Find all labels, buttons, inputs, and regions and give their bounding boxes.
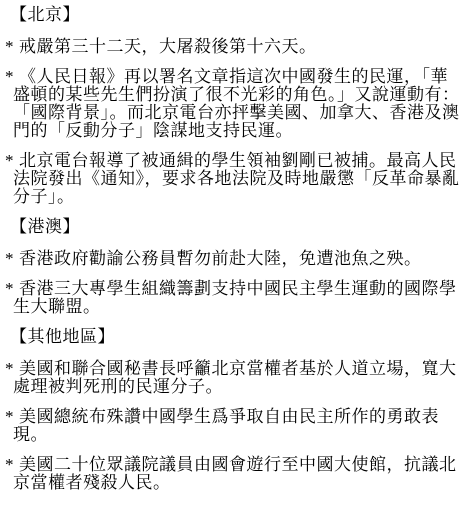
news-item-text: 美國和聯合國秘書長呼籲北京當權者基於人道立場，寬大處理被判死刑的民運分子。 bbox=[13, 359, 457, 396]
news-item-text: 香港三大專學生組織籌劃支持中國民主學生運動的國際學生大聯盟。 bbox=[13, 279, 457, 316]
bullet-asterisk: * bbox=[5, 280, 14, 298]
news-item-text: 美國總統布殊讚中國學生爲爭取自由民主所作的勇敢表現。 bbox=[13, 407, 439, 444]
section-beijing: 【北京】 * 戒嚴第三十二天，大屠殺後第十六天。 * 《人民日報》再以署名文章指… bbox=[0, 6, 463, 206]
news-item: * 美國和聯合國秘書長呼籲北京當權者基於人道立場，寬大處理被判死刑的民運分子。 bbox=[0, 360, 463, 396]
news-item: * 香港三大專學生組織籌劃支持中國民主學生運動的國際學生大聯盟。 bbox=[0, 280, 463, 316]
bullet-asterisk: * bbox=[5, 38, 14, 56]
news-item: * 戒嚴第三十二天，大屠殺後第十六天。 bbox=[0, 38, 463, 56]
news-item-text: 香港政府勸諭公務員暫勿前赴大陸，免遭池魚之殃。 bbox=[19, 249, 422, 268]
bullet-asterisk: * bbox=[5, 456, 14, 474]
section-hongkong-macau: 【港澳】 * 香港政府勸諭公務員暫勿前赴大陸，免遭池魚之殃。 * 香港三大專學生… bbox=[0, 218, 463, 316]
news-item: * 北京電台報導了被通緝的學生領袖劉剛已被捕。最高人民法院發出《通知》，要求各地… bbox=[0, 152, 463, 206]
bullet-asterisk: * bbox=[5, 360, 14, 378]
news-item: * 香港政府勸諭公務員暫勿前赴大陸，免遭池魚之殃。 bbox=[0, 250, 463, 268]
news-item-text: 美國二十位眾議院議員由國會遊行至中國大使館，抗議北京當權者殘殺人民。 bbox=[13, 455, 457, 492]
bullet-asterisk: * bbox=[5, 152, 14, 170]
news-item: * 美國二十位眾議院議員由國會遊行至中國大使館，抗議北京當權者殘殺人民。 bbox=[0, 456, 463, 492]
section-header-beijing: 【北京】 bbox=[10, 6, 463, 24]
news-item: * 美國總統布殊讚中國學生爲爭取自由民主所作的勇敢表現。 bbox=[0, 408, 463, 444]
section-other-regions: 【其他地區】 * 美國和聯合國秘書長呼籲北京當權者基於人道立場，寬大處理被判死刑… bbox=[0, 328, 463, 492]
bullet-asterisk: * bbox=[5, 250, 14, 268]
news-document: 【北京】 * 戒嚴第三十二天，大屠殺後第十六天。 * 《人民日報》再以署名文章指… bbox=[0, 0, 465, 492]
news-item: * 《人民日報》再以署名文章指這次中國發生的民運，「華盛頓的某些先生們扮演了很不… bbox=[0, 68, 463, 140]
news-item-text: 戒嚴第三十二天，大屠殺後第十六天。 bbox=[19, 37, 317, 56]
news-item-text: 北京電台報導了被通緝的學生領袖劉剛已被捕。最高人民法院發出《通知》，要求各地法院… bbox=[13, 151, 460, 206]
bullet-asterisk: * bbox=[5, 408, 14, 426]
section-header-other-regions: 【其他地區】 bbox=[10, 328, 463, 346]
bullet-asterisk: * bbox=[5, 68, 14, 86]
section-header-hongkong-macau: 【港澳】 bbox=[10, 218, 463, 236]
news-item-text: 《人民日報》再以署名文章指這次中國發生的民運，「華盛頓的某些先生們扮演了很不光彩… bbox=[13, 67, 460, 140]
